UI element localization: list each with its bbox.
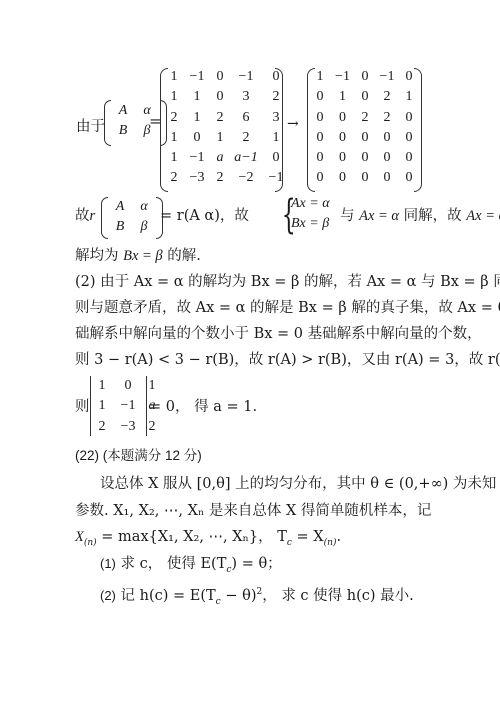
det-cell: −1 <box>112 396 144 416</box>
det-cell: −3 <box>112 417 144 437</box>
det-prefix: 则 <box>75 397 90 417</box>
reduced-matrix: 1−10−100102100220000000000000000 <box>309 67 420 189</box>
matrix-cell: 2 <box>231 128 261 148</box>
matrix-cell: −1 <box>231 67 261 87</box>
problem-header: (22) (本题满分 12 分) <box>75 446 202 466</box>
matrix-cell: 0 <box>354 128 376 148</box>
matrix-cell: −1 <box>376 67 398 87</box>
det-cell: 0 <box>112 376 144 396</box>
matrix-cell: 1 <box>163 128 185 148</box>
matrix-cell: −2 <box>231 168 261 188</box>
det-cell: 1 <box>92 396 112 416</box>
matrix-cell: 0 <box>354 148 376 168</box>
conclusion-line: 解均为 Bx = β 的解. <box>75 246 201 266</box>
matrix-cell: 1 <box>163 87 185 107</box>
matrix-cell: 3 <box>231 87 261 107</box>
matrix-cell: B <box>108 217 132 237</box>
part2-line-3: 础解系中解向量的个数小于 Bx = 0 基础解系中解向量的个数， <box>75 324 482 344</box>
matrix-cell: 2 <box>354 108 376 128</box>
matrix-cell: β <box>132 217 156 237</box>
matrix-cell: 2 <box>163 108 185 128</box>
matrix-cell: A <box>111 101 135 121</box>
matrix-cell: 0 <box>209 67 231 87</box>
matrix-cell: −1 <box>185 67 209 87</box>
det-bar-left <box>90 376 91 436</box>
matrix-cell: a <box>209 148 231 168</box>
matrix-cell: 2 <box>376 108 398 128</box>
matrix-cell: 0 <box>331 108 354 128</box>
matrix-cell: 0 <box>354 168 376 188</box>
part2-line-1: (2) 由于 Ax = α 的解均为 Bx = β 的解，若 Ax = α 与 … <box>75 272 500 292</box>
matrix-cell: 0 <box>185 128 209 148</box>
right-paren <box>275 68 283 192</box>
matrix-cell: −3 <box>185 168 209 188</box>
matrix-cell: 1 <box>331 87 354 107</box>
det-bar-right <box>146 376 147 436</box>
matrix-cell: 6 <box>231 108 261 128</box>
matrix-cell: 1 <box>185 87 209 107</box>
matrix-cell: 0 <box>354 67 376 87</box>
augmented-matrix: 1−10−101103221263101211−1aa−102−32−2−1 <box>163 67 291 189</box>
prefix-text: 由于 <box>76 115 105 136</box>
statement-line-1: 设总体 X 服从 [0,θ] 上的均匀分布，其中 θ ∈ (0,+∞) 为未知 <box>100 474 496 494</box>
matrix-cell: 0 <box>376 148 398 168</box>
matrix-cell: 0 <box>376 168 398 188</box>
matrix-cell: 2 <box>376 87 398 107</box>
matrix-cell: 0 <box>331 148 354 168</box>
matrix-cell: 1 <box>209 128 231 148</box>
matrix-cell: 0 <box>309 87 331 107</box>
statement-line-2: 参数. X₁, X₂, ⋯, Xₙ 是来自总体 X 得简单随机样本，记 <box>75 501 431 521</box>
matrix-cell: 0 <box>309 168 331 188</box>
matrix-cell: 0 <box>309 148 331 168</box>
arrow: → <box>287 116 299 132</box>
question-1: (1) 求 c， 使得 E(Tc) = θ； <box>100 554 282 580</box>
matrix-cell: α <box>132 197 156 217</box>
left-paren <box>101 197 108 239</box>
matrix-cell: 0 <box>309 108 331 128</box>
matrix-cell: A <box>108 197 132 217</box>
matrix-cell: 0 <box>331 128 354 148</box>
matrix-cell: 1 <box>309 67 331 87</box>
matrix-cell: 2 <box>209 108 231 128</box>
matrix-cell: 1 <box>163 67 185 87</box>
matrix-cell: 0 <box>376 128 398 148</box>
statement-line-3: X(n) = max{X₁, X₂, ⋯, Xₙ}， Tc = X(n). <box>75 527 341 553</box>
question-2: (2) 记 h(c) = E(Tc − θ)2， 求 c 使得 h(c) 最小. <box>100 582 414 612</box>
matrix-cell: 2 <box>163 168 185 188</box>
matrix-cell: B <box>111 121 135 141</box>
matrix-cell: 0 <box>354 87 376 107</box>
det-result: = 0， 得 a = 1. <box>149 397 257 417</box>
part2-line-2: 则与题意矛盾，故 Ax = α 的解是 Bx = β 解的真子集，故 Ax = … <box>75 298 500 318</box>
rank-line: 故r <box>75 206 95 226</box>
matrix-cell: 1 <box>163 148 185 168</box>
matrix-cell: 2 <box>209 168 231 188</box>
block-matrix: AαBβ <box>108 197 156 238</box>
matrix-cell: 0 <box>309 128 331 148</box>
matrix-cell: −1 <box>185 148 209 168</box>
matrix-cell: 1 <box>185 108 209 128</box>
part2-line-4: 则 3 − r(A) < 3 − r(B)，故 r(A) > r(B)，又由 r… <box>75 350 500 370</box>
det-cell: 2 <box>92 417 112 437</box>
left-paren <box>104 100 111 146</box>
matrix-cell: 0 <box>331 168 354 188</box>
right-paren <box>414 68 422 192</box>
matrix-cell: a−1 <box>231 148 261 168</box>
matrix-cell: −1 <box>331 67 354 87</box>
det-cell: 1 <box>92 376 112 396</box>
matrix-cell: 0 <box>209 87 231 107</box>
